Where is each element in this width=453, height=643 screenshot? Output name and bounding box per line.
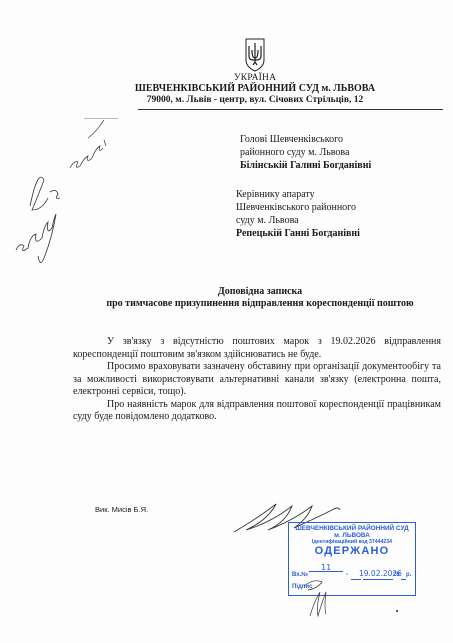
document-title: Доповідна записка xyxy=(0,286,453,297)
header-divider xyxy=(138,109,443,110)
document-page: УКРАЇНА ШЕВЧЕНКІВСЬКИЙ РАЙОННИЙ СУД м. Л… xyxy=(0,0,453,643)
addressee-name: Репецькій Ганні Богданівні xyxy=(236,227,360,240)
document-body: У зв'язку з відсутністю поштових марок з… xyxy=(73,336,441,424)
stamp-dash: - xyxy=(346,572,348,578)
addressee-position-line: суду м. Львова xyxy=(236,214,360,227)
ink-dot xyxy=(396,610,398,612)
stamp-year-line xyxy=(401,579,406,580)
addressee-position-line: Голові Шевченківського xyxy=(240,133,371,146)
trident-coat-of-arms-icon xyxy=(245,38,265,72)
stamp-incoming-number: 11 xyxy=(321,563,331,572)
stamp-day-line xyxy=(351,579,361,580)
addressee-head-of-staff: Керівнику апарату Шевченківського районн… xyxy=(236,188,360,240)
receiver-signature-image xyxy=(300,578,336,618)
addressee-head-of-court: Голові Шевченківського районного суду м.… xyxy=(240,133,371,172)
stamp-court-name: ШЕВЧЕНКІВСЬКИЙ РАЙОННИЙ СУД xyxy=(289,525,415,532)
body-paragraph: Просимо враховувати зазначену обставину … xyxy=(73,361,441,399)
stamp-city: м. ЛЬВОВА xyxy=(289,532,415,539)
stamp-year-suffix: р. xyxy=(406,572,411,578)
court-address: 79000, м. Львів - центр, вул. Січових Ст… xyxy=(0,95,453,105)
body-paragraph: Про наявність марок для відправлення пош… xyxy=(73,399,441,424)
stamp-status: ОДЕРЖАНО xyxy=(289,545,415,557)
stamp-date-line xyxy=(363,579,393,580)
court-name-heading: ШЕВЧЕНКІВСЬКИЙ РАЙОННИЙ СУД м. ЛЬВОВА xyxy=(0,83,453,94)
executor-name: Вик. Мисів Б.Я. xyxy=(95,505,148,514)
country-heading: УКРАЇНА xyxy=(0,73,453,83)
stamp-year-prefix: 20 xyxy=(393,572,400,578)
addressee-position-line: Керівнику апарату xyxy=(236,188,360,201)
addressee-position-line: районного суду м. Львова xyxy=(240,146,371,159)
addressee-position-line: Шевченківського районного xyxy=(236,201,360,214)
addressee-name: Білінській Галині Богданівні xyxy=(240,159,371,172)
body-paragraph: У зв'язку з відсутністю поштових марок з… xyxy=(73,336,441,361)
document-subtitle: про тимчасове призупинення відправлення … xyxy=(0,298,453,309)
handwritten-resolution xyxy=(8,118,118,278)
